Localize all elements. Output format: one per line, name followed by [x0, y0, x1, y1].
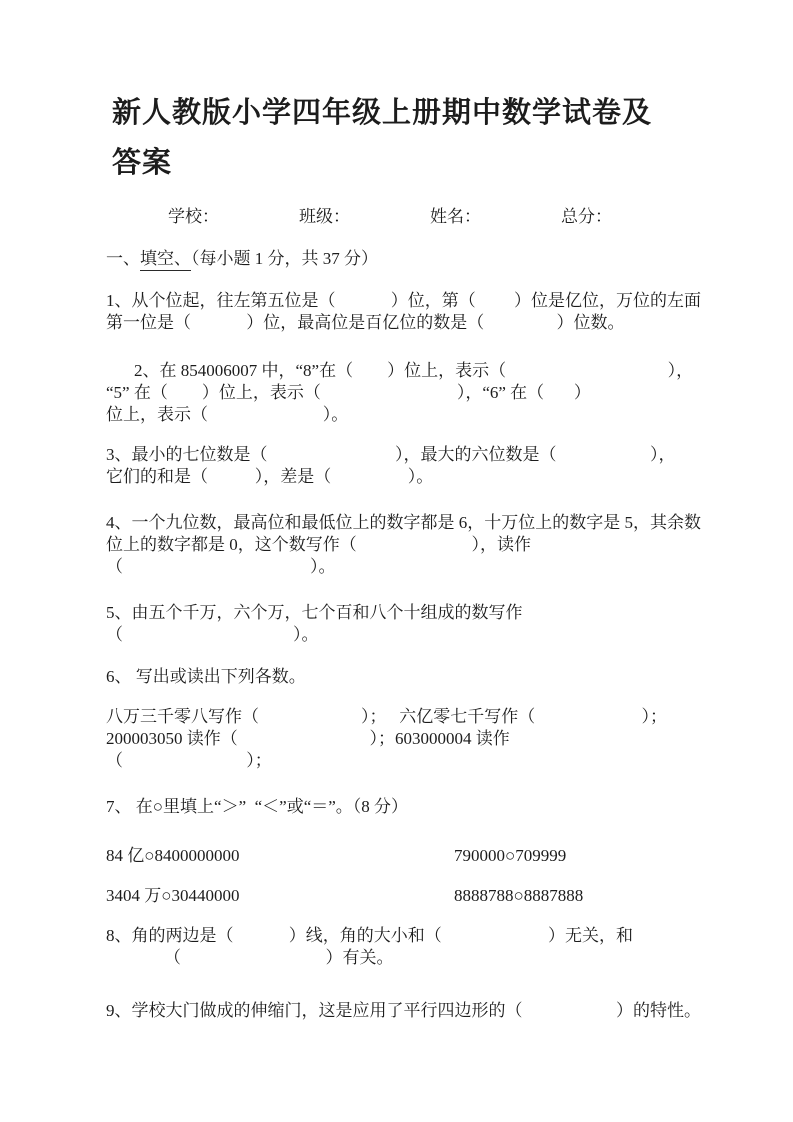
compare-item: 8888788○8887888	[454, 885, 583, 907]
question-1: 1、从个位起，往左第五位是（ ）位，第（ ）位是亿位，万位的左面 第一位是（ ）…	[106, 290, 715, 334]
compare-item: 3404 万○30440000	[106, 885, 454, 907]
question-4-line: 位上的数字都是 0，这个数写作（ ），读作	[106, 534, 715, 556]
question-8-line: 8、角的两边是（ ）线，角的大小和（ ）无关，和	[106, 925, 715, 947]
question-8-line: （ ）有关。	[106, 947, 715, 969]
school-label: 学校：	[168, 206, 219, 228]
page-title-line2: 答案	[112, 138, 715, 188]
question-6-head-line: 6、 写出或读出下列各数。	[106, 666, 715, 688]
name-label: 姓名：	[430, 206, 481, 228]
question-9: 9、学校大门做成的伸缩门，这是应用了平行四边形的（ ）的特性。	[106, 1000, 715, 1022]
question-2-line: “5” 在（ ）位上，表示（ ），“6” 在（ ）	[106, 382, 715, 404]
total-score-label: 总分：	[561, 206, 612, 228]
question-2-line: 位上，表示（ ）。	[106, 404, 715, 426]
question-8: 8、角的两边是（ ）线，角的大小和（ ）无关，和 （ ）有关。	[106, 925, 715, 969]
question-6-line: 八万三千零八写作（ ）； 六亿零七千写作（ ）；	[106, 706, 715, 728]
question-4-line: （ ）。	[106, 556, 715, 578]
question-1-line: 1、从个位起，往左第五位是（ ）位，第（ ）位是亿位，万位的左面	[106, 290, 715, 312]
page-title: 新人教版小学四年级上册期中数学试卷及 答案	[112, 88, 715, 188]
compare-item: 790000○709999	[454, 845, 566, 867]
question-7-head-line: 7、 在○里填上“＞” “＜”或“＝”。（8 分）	[106, 796, 715, 818]
class-label: 班级：	[299, 206, 350, 228]
question-3: 3、最小的七位数是（ ），最大的六位数是（ ）， 它们的和是（ ），差是（ ）。	[106, 444, 715, 488]
question-1-line: 第一位是（ ）位，最高位是百亿位的数是（ ）位数。	[106, 312, 715, 334]
page-title-line1: 新人教版小学四年级上册期中数学试卷及	[112, 88, 715, 138]
section-note: （每小题 1 分，共 37 分）	[191, 249, 378, 268]
section-1-heading: 一、填空、（每小题 1 分，共 37 分）	[106, 248, 715, 270]
question-5-line: 5、由五个千万，六个万，七个百和八个十组成的数写作	[106, 602, 715, 624]
question-4-line: 4、一个九位数，最高位和最低位上的数字都是 6，十万位上的数字是 5，其余数	[106, 512, 715, 534]
section-title: 填空、	[140, 249, 191, 271]
question-3-line: 3、最小的七位数是（ ），最大的六位数是（ ），	[106, 444, 715, 466]
question-9-line: 9、学校大门做成的伸缩门，这是应用了平行四边形的（ ）的特性。	[106, 1000, 715, 1022]
question-2-line: 2、在 854006007 中，“8”在（ ）位上，表示（ ），	[106, 360, 715, 382]
question-6-heading: 6、 写出或读出下列各数。	[106, 666, 715, 688]
question-6-line: 200003050 读作（ ）；603000004 读作	[106, 728, 715, 750]
question-6-line: （ ）；	[106, 750, 715, 772]
exam-document-page: 新人教版小学四年级上册期中数学试卷及 答案 学校： 班级： 姓名： 总分： 一、…	[0, 0, 793, 1122]
question-6-body: 八万三千零八写作（ ）； 六亿零七千写作（ ）； 200003050 读作（ ）…	[106, 706, 715, 772]
question-2: 2、在 854006007 中，“8”在（ ）位上，表示（ ）， “5” 在（ …	[106, 360, 715, 426]
question-5-line: （ ）。	[106, 624, 715, 646]
question-4: 4、一个九位数，最高位和最低位上的数字都是 6，十万位上的数字是 5，其余数 位…	[106, 512, 715, 578]
question-3-line: 它们的和是（ ），差是（ ）。	[106, 466, 715, 488]
question-7-compare-row: 3404 万○30440000 8888788○8887888	[106, 885, 715, 907]
question-5: 5、由五个千万，六个万，七个百和八个十组成的数写作 （ ）。	[106, 602, 715, 646]
section-number: 一、	[106, 249, 140, 268]
question-7-compare-row: 84 亿○8400000000 790000○709999	[106, 845, 715, 867]
compare-item: 84 亿○8400000000	[106, 845, 454, 867]
question-7-heading: 7、 在○里填上“＞” “＜”或“＝”。（8 分）	[106, 796, 715, 818]
student-info-row: 学校： 班级： 姓名： 总分：	[168, 206, 715, 228]
